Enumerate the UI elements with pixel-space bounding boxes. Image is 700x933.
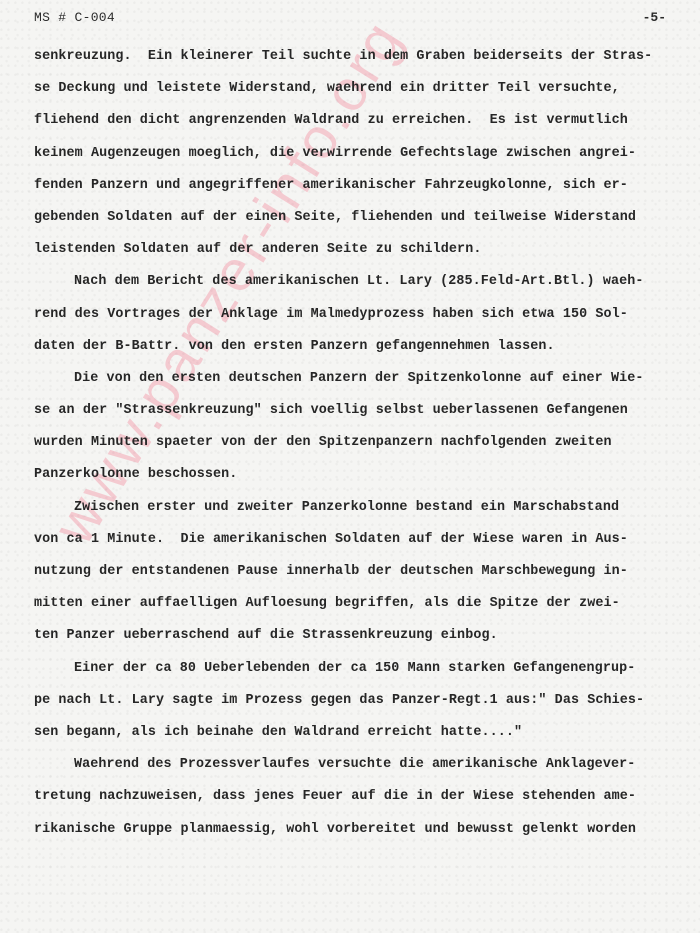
text-line: keinem Augenzeugen moeglich, die verwirr… — [34, 143, 684, 175]
text-line: daten der B-Battr. von den ersten Panzer… — [34, 336, 684, 368]
text-line: von ca 1 Minute. Die amerikanischen Sold… — [34, 529, 684, 561]
text-line: tretung nachzuweisen, dass jenes Feuer a… — [34, 786, 684, 818]
text-line: wurden Minuten spaeter von der den Spitz… — [34, 432, 684, 464]
text-line: fenden Panzern und angegriffener amerika… — [34, 175, 684, 207]
text-line: gebenden Soldaten auf der einen Seite, f… — [34, 207, 684, 239]
text-line: Waehrend des Prozessverlaufes versuchte … — [34, 754, 684, 786]
text-line: Zwischen erster und zweiter Panzerkolonn… — [34, 497, 684, 529]
text-line: Panzerkolonne beschossen. — [34, 464, 684, 496]
document-page: www.panzer-info.org MS # C-004 -5- senkr… — [0, 0, 700, 933]
document-id: MS # C-004 — [34, 10, 115, 25]
text-line: sen begann, als ich beinahe den Waldrand… — [34, 722, 684, 754]
text-line: Einer der ca 80 Ueberlebenden der ca 150… — [34, 658, 684, 690]
text-line: leistenden Soldaten auf der anderen Seit… — [34, 239, 684, 271]
page-header: MS # C-004 -5- — [34, 10, 666, 28]
text-line: rend des Vortrages der Anklage im Malmed… — [34, 304, 684, 336]
text-line: rikanische Gruppe planmaessig, wohl vorb… — [34, 819, 684, 851]
document-body: senkreuzung. Ein kleinerer Teil suchte i… — [34, 46, 684, 851]
page-number: -5- — [643, 10, 666, 25]
text-line: se an der "Strassenkreuzung" sich voelli… — [34, 400, 684, 432]
text-line: senkreuzung. Ein kleinerer Teil suchte i… — [34, 46, 684, 78]
text-line: Nach dem Bericht des amerikanischen Lt. … — [34, 271, 684, 303]
text-line: mitten einer auffaelligen Aufloesung beg… — [34, 593, 684, 625]
text-line: pe nach Lt. Lary sagte im Prozess gegen … — [34, 690, 684, 722]
text-line: Die von den ersten deutschen Panzern der… — [34, 368, 684, 400]
text-line: se Deckung und leistete Widerstand, waeh… — [34, 78, 684, 110]
text-line: fliehend den dicht angrenzenden Waldrand… — [34, 110, 684, 142]
text-line: nutzung der entstandenen Pause innerhalb… — [34, 561, 684, 593]
text-line: ten Panzer ueberraschend auf die Strasse… — [34, 625, 684, 657]
